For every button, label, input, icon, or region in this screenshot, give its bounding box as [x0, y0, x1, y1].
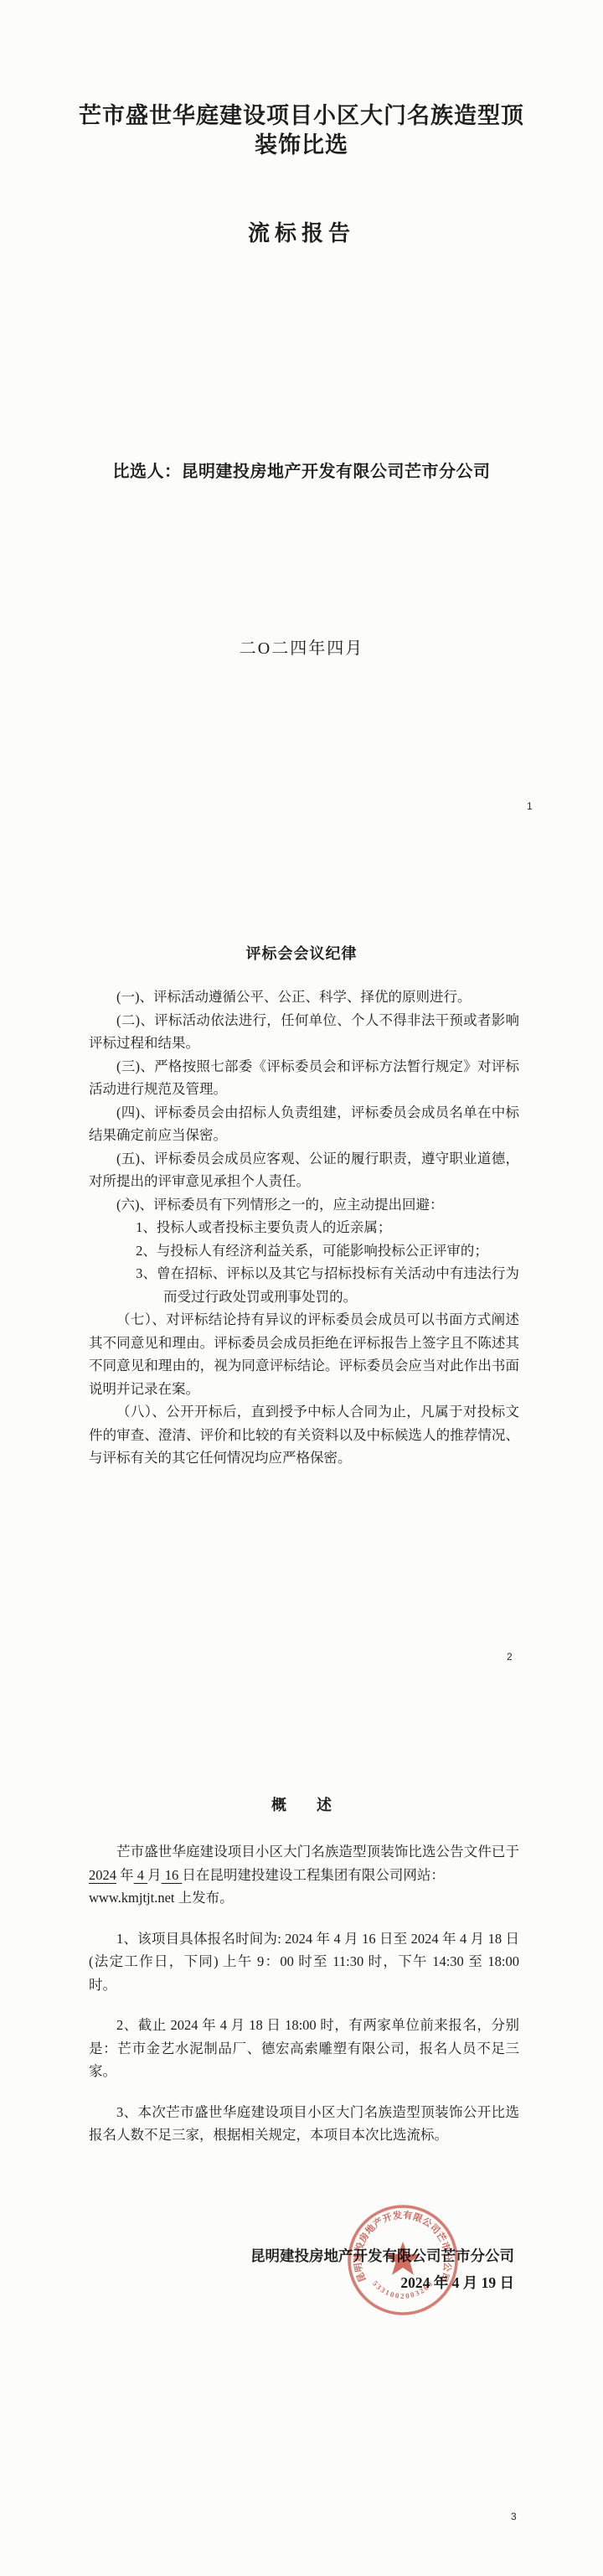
discipline-item-1: (一)、评标活动遵循公平、公正、科学、择优的原则进行。 [89, 985, 519, 1009]
discipline-item-5: (五)、评标委员会成员应客观、公证的履行职责，遵守职业道德，对所提出的评审意见承… [89, 1147, 519, 1193]
svg-text:5331002003260: 5331002003260 [371, 2279, 435, 2300]
recusal-case-2: 2、与投标人有经济利益关系，可能影响投标公正评审的； [89, 1239, 519, 1263]
page-number-1: 1 [527, 800, 533, 812]
recusal-case-3: 3、曾在招标、评标以及其它与招标投标有关活动中有违法行为而受过行政处罚或刑事处罚… [89, 1262, 519, 1308]
discipline-item-8: （八）、公开开标后，直到授予中标人合同为止，凡属于对投标文件的审查、澄清、评价和… [89, 1400, 519, 1470]
website-label: 日在昆明建投建设工程集团有限公司网站： [182, 1867, 445, 1883]
overview-paragraph-announcement: 芒市盛世华庭建设项目小区大门名族造型顶装饰比选公告文件已于2024 年 4 月 … [89, 1840, 519, 1910]
announcement-text: 芒市盛世华庭建设项目小区大门名族造型顶装饰比选公告文件已于 [116, 1844, 519, 1860]
document-title: 芒市盛世华庭建设项目小区大门名族造型顶 装饰比选 [0, 101, 603, 160]
discipline-item-3: (三)、严格按照七部委《评标委员会和评标方法暂行规定》对评标活动进行规范及管理。 [89, 1055, 519, 1101]
bid-selector-line: 比选人：昆明建投房地产开发有限公司芒市分公司 [0, 458, 603, 482]
discipline-item-6: (六)、评标委员有下列情形之一的，应主动提出回避： [89, 1193, 519, 1217]
announcement-day: 16 [162, 1867, 183, 1883]
document-title-line-1: 芒市盛世华庭建设项目小区大门名族造型顶 [0, 101, 603, 131]
month-label: 月 [147, 1867, 162, 1883]
page-number-3: 3 [511, 2511, 517, 2522]
report-type-title: 流标报告 [0, 216, 603, 247]
scanned-document: 芒市盛世华庭建设项目小区大门名族造型顶 装饰比选 流标报告 比选人：昆明建投房地… [0, 0, 603, 2576]
discipline-item-2: (二)、评标活动依法进行，任何单位、个人不得非法干预或者影响评标过程和结果。 [89, 1009, 519, 1055]
seal-star-icon [385, 2242, 420, 2275]
document-title-line-2: 装饰比选 [0, 131, 603, 160]
discipline-item-4: (四)、评标委员会由招标人负责组建，评标委员会成员名单在中标结果确定前应当保密。 [89, 1101, 519, 1147]
page-number-2: 2 [507, 1651, 513, 1663]
overview-item-registration-time: 1、该项目具体报名时间为: 2024 年 4 月 16 日至 2024 年 4 … [89, 1927, 519, 1997]
cover-date: 二O二四年四月 [0, 634, 603, 659]
overview-body: 芒市盛世华庭建设项目小区大门名族造型顶装饰比选公告文件已于2024 年 4 月 … [89, 1840, 519, 2147]
meeting-discipline-body: (一)、评标活动遵循公平、公正、科学、择优的原则进行。 (二)、评标活动依法进行… [89, 985, 519, 1470]
website-url-line: www.kmjtjt.net 上发布。 [89, 1890, 234, 1906]
seal-serial-number: 5331002003260 [371, 2279, 435, 2300]
meeting-discipline-heading: 评标会会议纪律 [0, 942, 603, 964]
overview-item-conclusion: 3、本次芒市盛世华庭建设项目小区大门名族造型顶装饰公开比选报名人数不足三家，根据… [89, 2101, 519, 2147]
red-company-seal: 昆明建投房地产开发有限公司芒市分公司 5331002003260 [345, 2202, 461, 2318]
announcement-month: 4 [134, 1867, 148, 1883]
recusal-case-1: 1、投标人或者投标主要负责人的近亲属； [89, 1216, 519, 1239]
announcement-year: 2024 [89, 1867, 116, 1883]
year-label: 年 [116, 1867, 134, 1883]
overview-heading: 概 述 [0, 1793, 603, 1815]
overview-item-applicants: 2、截止 2024 年 4 月 18 日 18:00 时，有两家单位前来报名，分… [89, 2014, 519, 2083]
discipline-item-7: （七）、对评标结论持有异议的评标委员会成员可以书面方式阐述其不同意见和理由。评标… [89, 1308, 519, 1400]
